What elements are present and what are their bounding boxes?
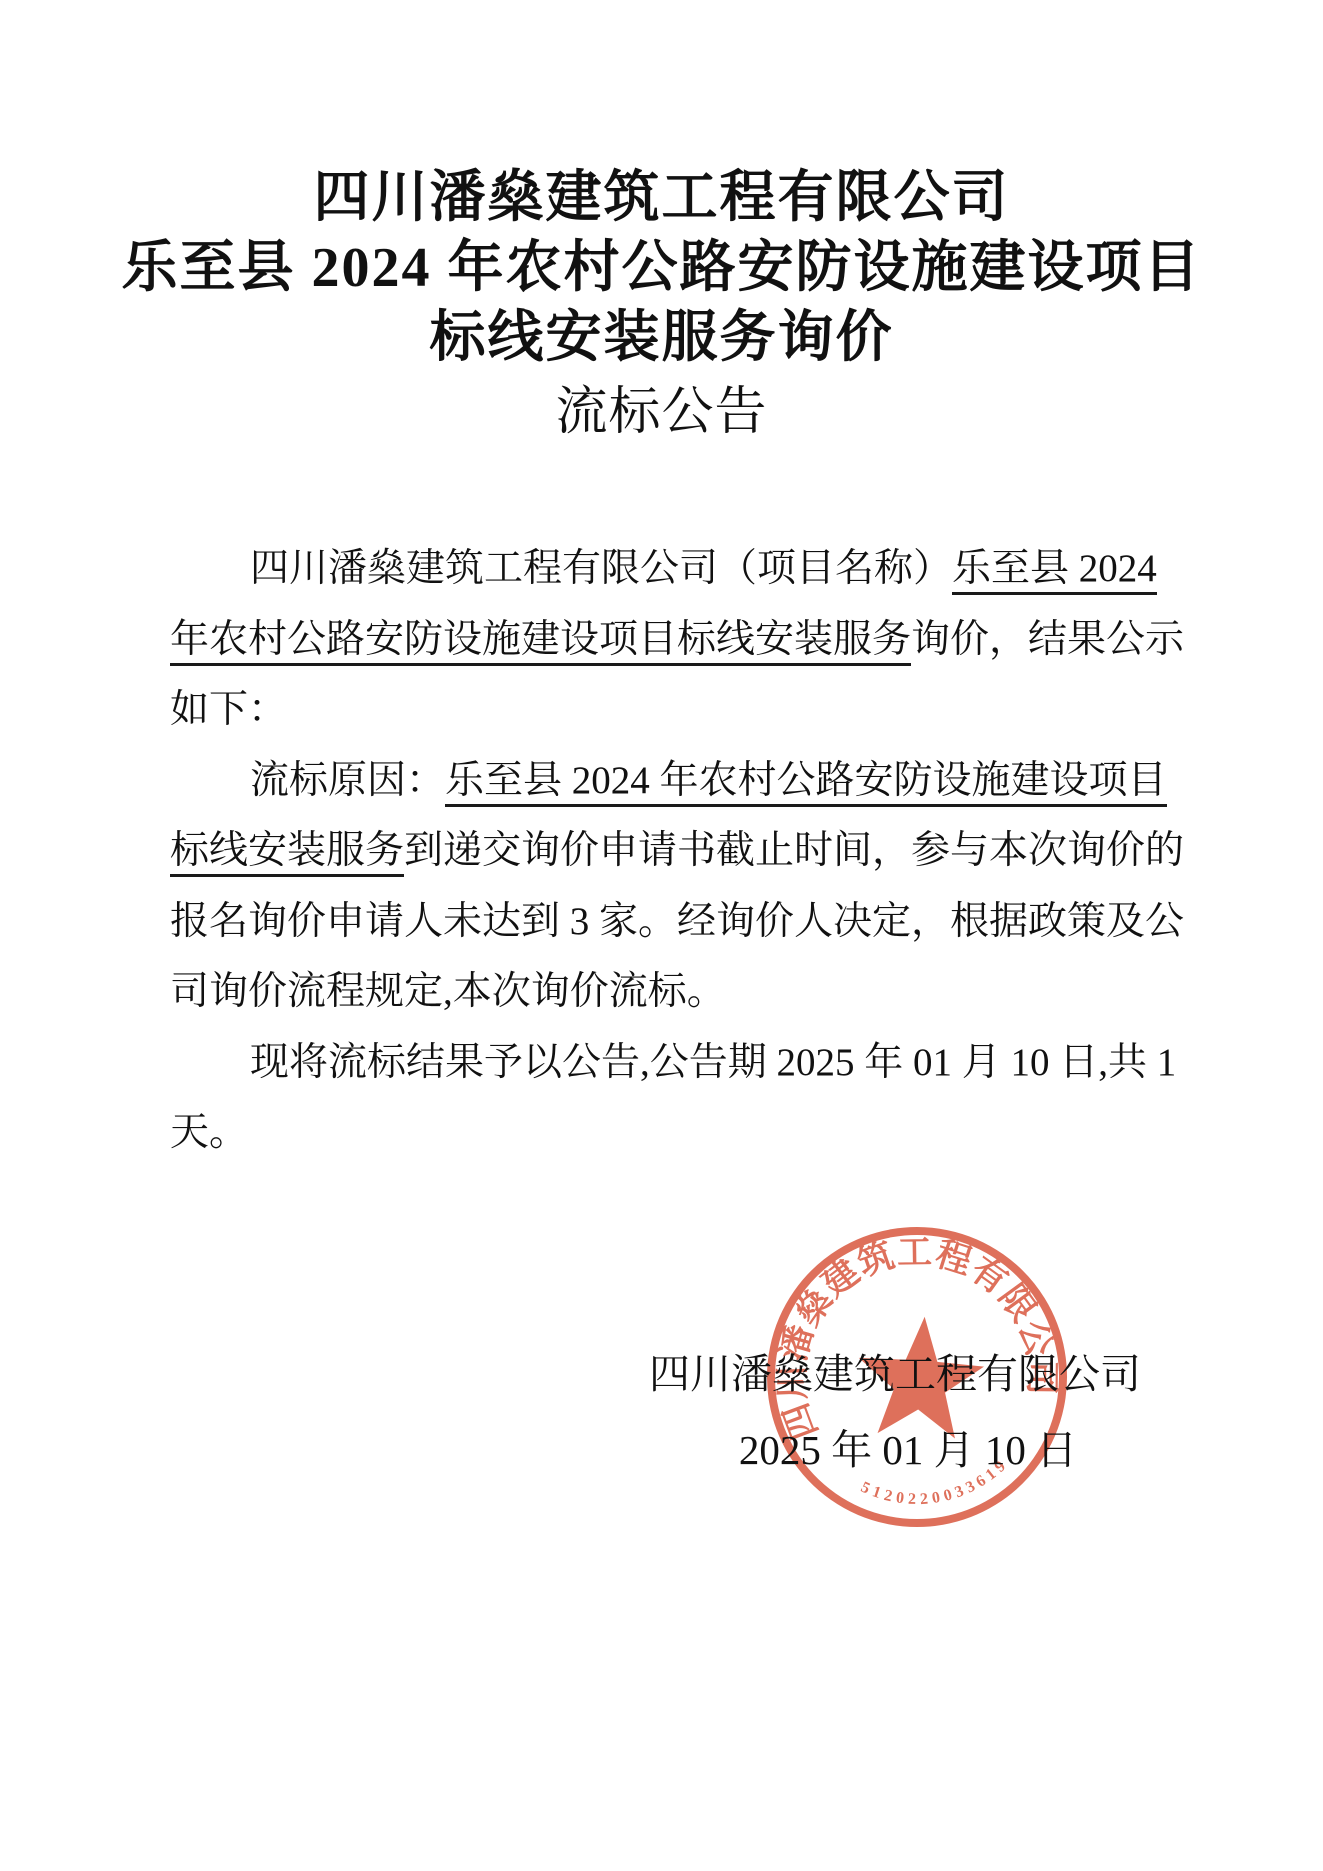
title-block: 四川潘燊建筑工程有限公司 乐至县 2024 年农村公路安防设施建设项目 标线安装… xyxy=(0,163,1323,448)
signature-company: 四川潘燊建筑工程有限公司 xyxy=(649,1341,1141,1400)
underlined-text-segment: 乐至县 2024 年农村公路安防设施建设项目 xyxy=(445,759,1167,807)
text-segment: 流标原因： xyxy=(250,759,445,802)
text-segment: 四川潘燊建筑工程有限公司（项目名称） xyxy=(250,547,952,590)
text-segment: 到递交询价申请书截止时间，参与本次询价的 xyxy=(404,829,1184,872)
text-segment: 司询价流程规定,本次询价流标。 xyxy=(170,970,726,1013)
body-line: 标线安装服务到递交询价申请书截止时间，参与本次询价的 xyxy=(170,816,1170,887)
document-page: 四川潘燊建筑工程有限公司 乐至县 2024 年农村公路安防设施建设项目 标线安装… xyxy=(0,0,1323,1871)
text-segment: 现将流标结果予以公告,公告期 2025 年 01 月 10 日,共 1 xyxy=(250,1041,1176,1084)
title-announcement: 流标公告 xyxy=(0,378,1323,448)
body-line: 四川潘燊建筑工程有限公司（项目名称）乐至县 2024 xyxy=(170,534,1170,605)
body-line: 年农村公路安防设施建设项目标线安装服务询价，结果公示 xyxy=(170,605,1170,676)
text-segment: 询价，结果公示 xyxy=(911,618,1184,661)
body-line: 司询价流程规定,本次询价流标。 xyxy=(170,957,1170,1028)
text-segment: 天。 xyxy=(170,1111,248,1154)
body-line: 如下： xyxy=(170,675,1170,746)
body-line: 流标原因：乐至县 2024 年农村公路安防设施建设项目 xyxy=(170,746,1170,817)
underlined-text-segment: 标线安装服务 xyxy=(170,829,404,877)
underlined-text-segment: 乐至县 2024 xyxy=(952,547,1157,595)
signature-date: 2025 年 01 月 10 日 xyxy=(739,1417,1077,1476)
title-project: 乐至县 2024 年农村公路安防设施建设项目 xyxy=(0,233,1323,303)
body-line: 报名询价申请人未达到 3 家。经询价人决定，根据政策及公 xyxy=(170,887,1170,958)
body-line: 现将流标结果予以公告,公告期 2025 年 01 月 10 日,共 1 xyxy=(170,1028,1170,1099)
body-text: 四川潘燊建筑工程有限公司（项目名称）乐至县 2024年农村公路安防设施建设项目标… xyxy=(170,534,1170,1169)
title-service: 标线安装服务询价 xyxy=(0,303,1323,373)
underlined-text-segment: 年农村公路安防设施建设项目标线安装服务 xyxy=(170,618,911,666)
body-line: 天。 xyxy=(170,1098,1170,1169)
text-segment: 报名询价申请人未达到 3 家。经询价人决定，根据政策及公 xyxy=(170,900,1184,943)
title-company: 四川潘燊建筑工程有限公司 xyxy=(0,163,1323,233)
text-segment: 如下： xyxy=(170,688,287,731)
